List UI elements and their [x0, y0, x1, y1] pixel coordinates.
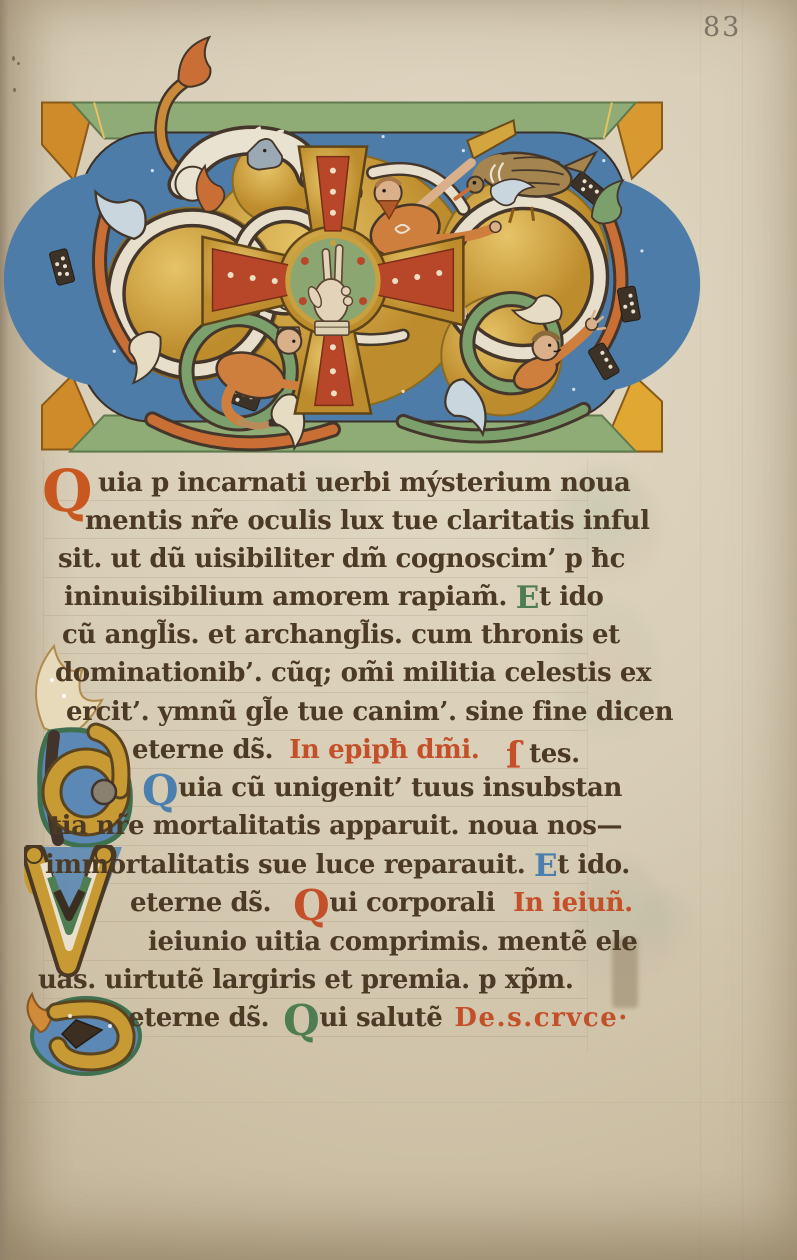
- text-line-8-right: ſtes.: [506, 735, 580, 777]
- rubric-lent: In ieiuñ.: [513, 888, 633, 918]
- illuminated-initial-panel: [42, 88, 664, 464]
- line-text: cũ angl̃is. et archangl̃is. cum thronis …: [62, 620, 620, 650]
- line-text: ininuisibilium amorem rapiam̃.: [64, 582, 516, 612]
- text-line-14: uas. uirtutẽ largiris et premia. p xp̃m.: [38, 965, 573, 995]
- text-line-10: tia nr̃e mortalitatis apparuit. noua nos…: [50, 811, 622, 841]
- line-text: immortalitatis sue luce reparauit.: [45, 850, 534, 880]
- text-line-13: ieiunio uitia comprimis. mentẽ ele: [148, 927, 637, 957]
- rubric-epiphany: In epipħ dm̃i.: [289, 735, 479, 765]
- line-text: eterne ds̃.: [132, 735, 273, 765]
- initial-E-green: E: [516, 580, 539, 616]
- line-text: ercit’. ymnũ gl̃e tue canim’. sine fine …: [66, 697, 673, 727]
- manuscript-page: 83: [0, 0, 797, 1260]
- line-text: tes.: [529, 739, 580, 769]
- ink-speck: [13, 88, 16, 92]
- text-line-5: cũ angl̃is. et archangl̃is. cum thronis …: [62, 620, 620, 650]
- line-text: eterne ds̃.: [130, 888, 271, 918]
- text-line-7: ercit’. ymnũ gl̃e tue canim’. sine fine …: [66, 697, 673, 727]
- illuminated-initial-ae2-icon: [22, 990, 142, 1082]
- margin-ruling: [700, 0, 701, 1260]
- line-text: sit. ut dũ uisibiliter dm̃ cognoscim’ p …: [58, 544, 625, 574]
- ink-speck: [17, 62, 20, 65]
- text-line-1: uia p incarnati uerbi mýsterium noua: [98, 468, 630, 498]
- rubric-holy-cross: De.s.crvce·: [454, 1003, 628, 1033]
- text-line-15: eterne ds̃.Qui salutẽDe.s.crvce·: [128, 1003, 629, 1033]
- text-line-11: immortalitatis sue luce reparauit. Et id…: [45, 850, 630, 880]
- line-text: mentis nr̃e oculis lux tue claritatis in…: [85, 506, 650, 536]
- line-text: ieiunio uitia comprimis. mentẽ ele: [148, 927, 637, 957]
- line-text: t ido: [539, 582, 603, 612]
- margin-ruling: [742, 0, 743, 1260]
- initial-Q-red: Q: [293, 881, 329, 930]
- page-edge: [0, 0, 9, 1260]
- line-text: uia p incarnati uerbi mýsterium noua: [98, 468, 630, 498]
- ink-speck: [12, 56, 15, 61]
- line-text: ui salutẽ: [319, 1003, 442, 1033]
- line-text: ui corporali: [329, 888, 495, 918]
- line-text: eterne ds̃.: [128, 1003, 269, 1033]
- panel-art: [42, 88, 664, 464]
- red-paragraph-mark: ſ: [506, 735, 521, 777]
- crease-line: [0, 1102, 797, 1103]
- initial-Q-blue: Q: [142, 766, 178, 815]
- text-line-2: mentis nr̃e oculis lux tue claritatis in…: [85, 506, 650, 536]
- text-line-4: ininuisibilium amorem rapiam̃. Et ido: [64, 582, 603, 612]
- initial-Q-green: Q: [283, 996, 319, 1045]
- text-line-8: eterne ds̃.In epipħ dm̃i.: [132, 735, 479, 765]
- text-line-9: Quia cũ unigenit’ tuus insubstan: [142, 773, 622, 803]
- text-line-3: sit. ut dũ uisibiliter dm̃ cognoscim’ p …: [58, 544, 625, 574]
- text-line-12: eterne ds̃.Qui corporaliIn ieiuñ.: [130, 888, 633, 918]
- text-line-6: dominationib’. cũq; om̃i militia celesti…: [55, 658, 651, 688]
- line-text: uas. uirtutẽ largiris et premia. p xp̃m.: [38, 965, 573, 995]
- line-text: t ido.: [557, 850, 630, 880]
- line-text: tia nr̃e mortalitatis apparuit. noua nos…: [50, 811, 622, 841]
- line-text: uia cũ unigenit’ tuus insubstan: [178, 773, 622, 803]
- showthrough-ghost: [636, 888, 694, 972]
- initial-E-blue: E: [534, 848, 557, 884]
- line-text: dominationib’. cũq; om̃i militia celesti…: [55, 658, 651, 688]
- page-number: 83: [703, 12, 741, 43]
